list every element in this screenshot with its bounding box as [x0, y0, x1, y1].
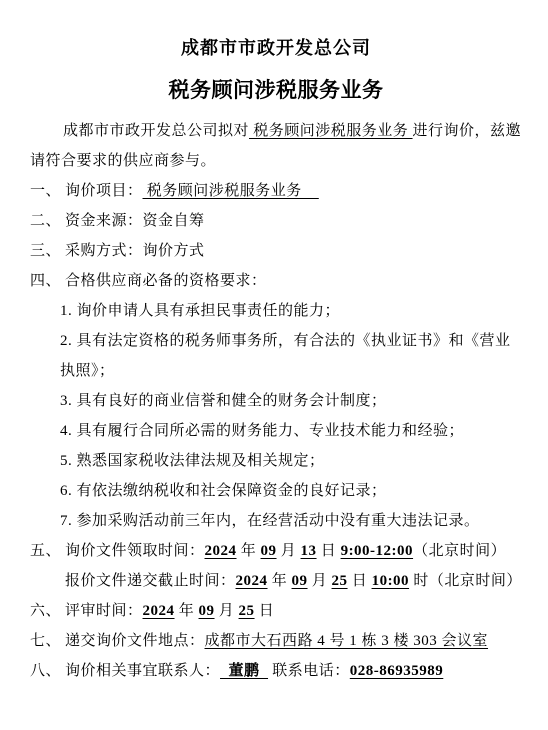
- item-number: 二、: [30, 206, 61, 236]
- text-segment: 合格供应商必备的资格要求：: [65, 273, 267, 289]
- underlined-text: 2024: [143, 603, 175, 619]
- item-number: 八、: [30, 656, 61, 686]
- text-segment: 时（北京时间）: [409, 573, 522, 589]
- qualification-7: 7. 参加采购活动前三年内，在经营活动中没有重大违法记录。: [30, 506, 522, 536]
- text-segment: 日: [255, 603, 275, 619]
- text-segment: 7. 参加采购活动前三年内，在经营活动中没有重大违法记录。: [60, 513, 480, 529]
- document-title-subject: 税务顾问涉税服务业务: [30, 76, 522, 104]
- text-segment: 5. 熟悉国家税收法律法规及相关规定；: [60, 453, 325, 469]
- text-segment: 报价文件递交截止时间：: [65, 573, 236, 589]
- underlined-text: 09: [292, 573, 308, 589]
- intro-paragraph-line-2: 请符合要求的供应商参与。: [30, 146, 522, 176]
- item-6-review-time: 六、评审时间：2024 年 09 月 25 日: [30, 596, 522, 626]
- underlined-text: 成都市大石西路 4 号 1 栋 3 楼 303 会议室: [205, 633, 489, 649]
- intro-paragraph-line-1: 成都市市政开发总公司拟对 税务顾问涉税服务业务 进行询价，兹邀: [30, 116, 522, 146]
- underlined-text: 2024: [205, 543, 237, 559]
- underlined-text: 09: [261, 543, 277, 559]
- underlined-text: 10:00: [372, 573, 410, 589]
- item-number: 七、: [30, 626, 61, 656]
- underlined-text: 13: [301, 543, 317, 559]
- text-segment: 2. 具有法定资格的税务师事务所，有合法的《执业证书》和《营业: [60, 333, 511, 349]
- text-segment: 日: [348, 573, 372, 589]
- text-segment: 请符合要求的供应商参与。: [30, 153, 216, 169]
- underlined-text: 董鹏: [220, 663, 268, 679]
- item-number: 五、: [30, 536, 61, 566]
- item-number: 四、: [30, 266, 61, 296]
- underlined-text: 9:00-12:00: [341, 543, 414, 559]
- qualification-2: 2. 具有法定资格的税务师事务所，有合法的《执业证书》和《营业: [30, 326, 522, 356]
- underlined-text: 09: [199, 603, 215, 619]
- text-segment: 月: [277, 543, 301, 559]
- text-segment: 询价文件领取时间：: [65, 543, 205, 559]
- text-segment: 采购方式：询价方式: [65, 243, 205, 259]
- text-segment: 成都市市政开发总公司拟对: [63, 123, 249, 139]
- item-4-qualification-heading: 四、合格供应商必备的资格要求：: [30, 266, 522, 296]
- item-number: 三、: [30, 236, 61, 266]
- item-number: 一、: [30, 176, 61, 206]
- underlined-text: 25: [332, 573, 348, 589]
- text-segment: 月: [215, 603, 239, 619]
- text-segment: 月: [308, 573, 332, 589]
- qualification-4: 4. 具有履行合同所必需的财务能力、专业技术能力和经验；: [30, 416, 522, 446]
- item-number: 六、: [30, 596, 61, 626]
- text-segment: 执照》；: [60, 363, 115, 379]
- text-segment: 6. 有依法缴纳税收和社会保障资金的良好记录；: [60, 483, 387, 499]
- item-2-fund-source: 二、资金来源：资金自筹: [30, 206, 522, 236]
- underlined-text: 税务顾问涉税服务业务: [143, 183, 319, 199]
- text-segment: 年: [175, 603, 199, 619]
- text-segment: 评审时间：: [65, 603, 143, 619]
- text-segment: 日: [317, 543, 341, 559]
- text-segment: 询价相关事宜联系人：: [65, 663, 220, 679]
- text-segment: 年: [268, 573, 292, 589]
- document-body: 成都市市政开发总公司拟对 税务顾问涉税服务业务 进行询价，兹邀请符合要求的供应商…: [30, 116, 522, 686]
- document-title-company: 成都市市政开发总公司: [30, 36, 522, 60]
- item-7-submission-location: 七、递交询价文件地点：成都市大石西路 4 号 1 栋 3 楼 303 会议室: [30, 626, 522, 656]
- item-8-contact: 八、询价相关事宜联系人： 董鹏 联系电话：028-86935989: [30, 656, 522, 686]
- text-segment: 递交询价文件地点：: [65, 633, 205, 649]
- item-1-inquiry-project: 一、询价项目： 税务顾问涉税服务业务: [30, 176, 522, 206]
- qualification-2-continued: 执照》；: [30, 356, 522, 386]
- text-segment: 联系电话：: [268, 663, 350, 679]
- qualification-1: 1. 询价申请人具有承担民事责任的能力；: [30, 296, 522, 326]
- text-segment: 年: [237, 543, 261, 559]
- underlined-text: 028-86935989: [350, 663, 444, 679]
- text-segment: 询价项目：: [65, 183, 143, 199]
- qualification-6: 6. 有依法缴纳税收和社会保障资金的良好记录；: [30, 476, 522, 506]
- item-5-collection-time: 五、询价文件领取时间：2024 年 09 月 13 日 9:00-12:00（北…: [30, 536, 522, 566]
- underlined-text: 25: [239, 603, 255, 619]
- text-segment: 4. 具有履行合同所必需的财务能力、专业技术能力和经验；: [60, 423, 464, 439]
- item-5-submission-deadline: 报价文件递交截止时间：2024 年 09 月 25 日 10:00 时（北京时间…: [30, 566, 522, 596]
- text-segment: 1. 询价申请人具有承担民事责任的能力；: [60, 303, 340, 319]
- text-segment: 3. 具有良好的商业信誉和健全的财务会计制度；: [60, 393, 387, 409]
- text-segment: 进行询价，兹邀: [413, 123, 522, 139]
- qualification-3: 3. 具有良好的商业信誉和健全的财务会计制度；: [30, 386, 522, 416]
- inquiry-notice-document: 成都市市政开发总公司 税务顾问涉税服务业务 成都市市政开发总公司拟对 税务顾问涉…: [0, 0, 548, 730]
- underlined-text: 税务顾问涉税服务业务: [249, 123, 413, 139]
- qualification-5: 5. 熟悉国家税收法律法规及相关规定；: [30, 446, 522, 476]
- underlined-text: 2024: [236, 573, 268, 589]
- item-3-procurement-method: 三、采购方式：询价方式: [30, 236, 522, 266]
- text-segment: 资金来源：资金自筹: [65, 213, 205, 229]
- text-segment: （北京时间）: [413, 543, 506, 559]
